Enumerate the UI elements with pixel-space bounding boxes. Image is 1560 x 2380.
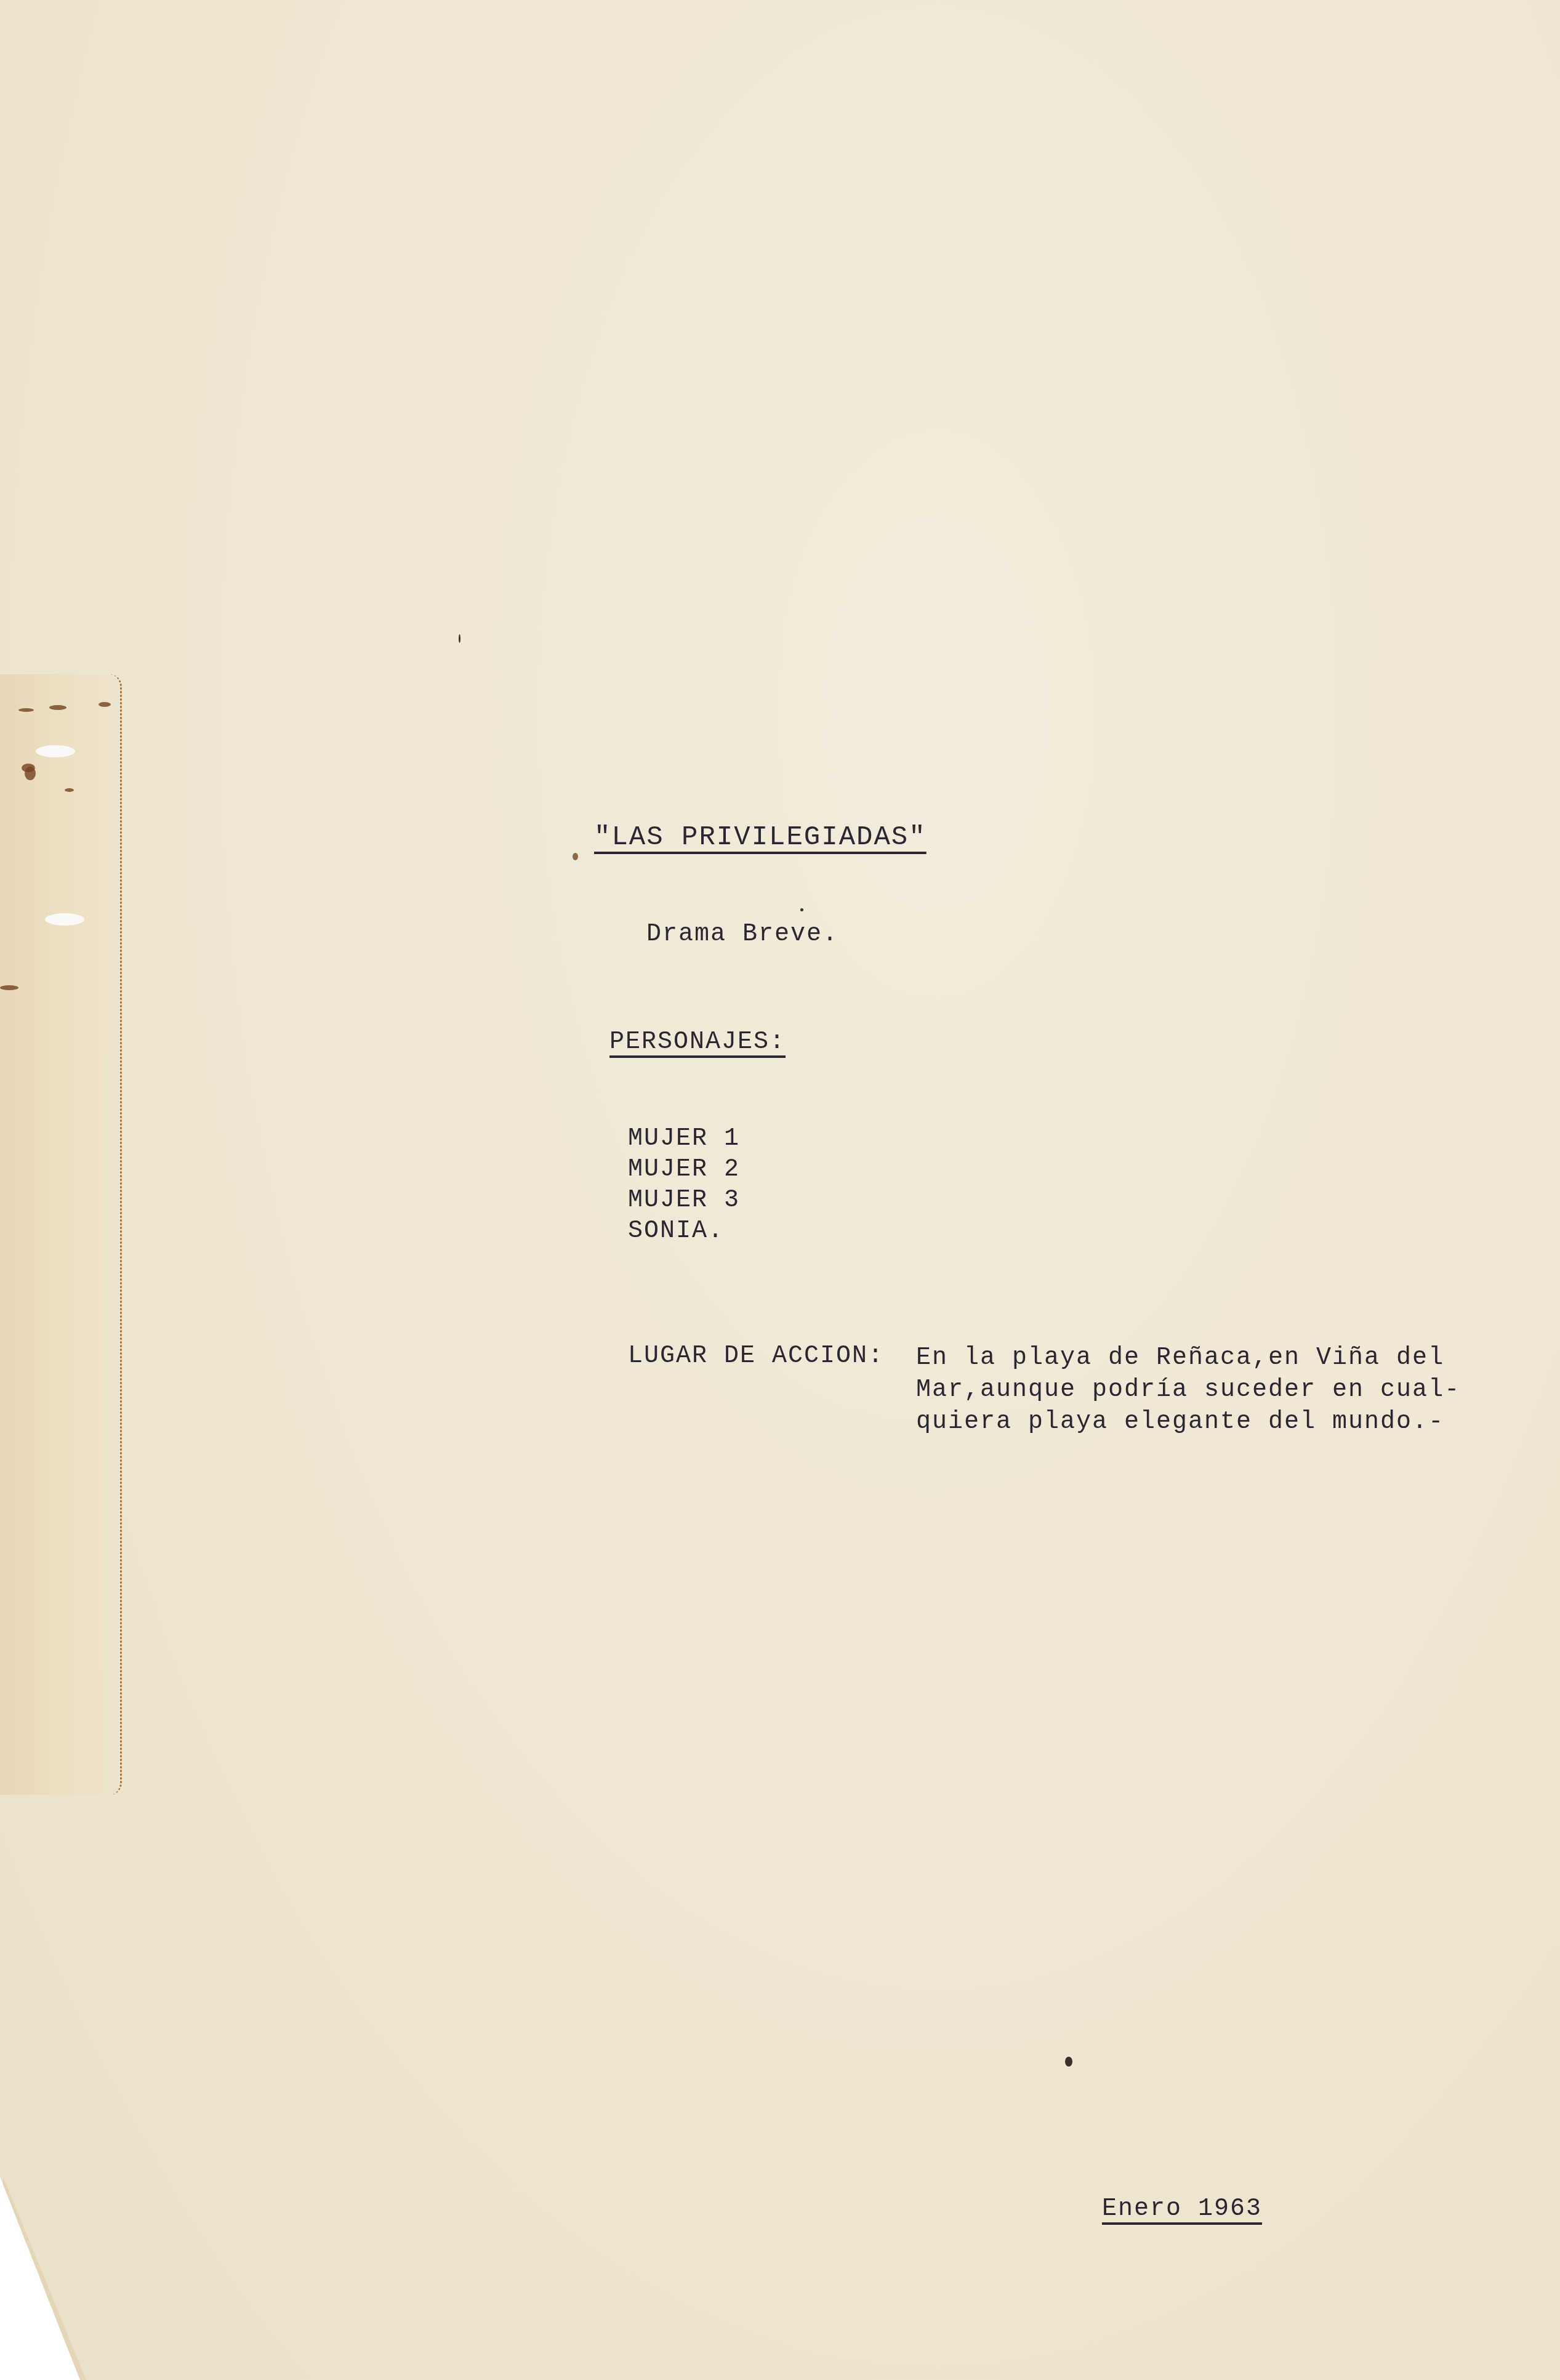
document-date: Enero 1963 xyxy=(1102,2195,1262,2223)
rust-stain xyxy=(65,788,74,792)
rust-stain xyxy=(18,708,34,712)
play-title: "LAS PRIVILEGIADAS" xyxy=(594,822,927,853)
aged-binding-strip xyxy=(0,674,122,1795)
punch-hole xyxy=(45,913,84,926)
character-item: MUJER 1 xyxy=(628,1124,740,1155)
ink-speck xyxy=(459,634,460,643)
location-label: LUGAR DE ACCION: xyxy=(628,1342,884,1370)
location-line: quiera playa elegante del mundo.- xyxy=(916,1406,1460,1438)
rust-stain xyxy=(25,767,36,780)
character-item: SONIA. xyxy=(628,1216,740,1247)
ink-speck xyxy=(800,908,803,911)
rust-stain xyxy=(99,702,111,707)
location-line: Mar,aunque podría suceder en cual- xyxy=(916,1374,1460,1406)
character-item: MUJER 3 xyxy=(628,1185,740,1216)
characters-heading: PERSONAJES: xyxy=(609,1028,786,1056)
characters-list: MUJER 1 MUJER 2 MUJER 3 SONIA. xyxy=(628,1124,740,1247)
rust-stain xyxy=(0,985,18,990)
location-line: En la playa de Reñaca,en Viña del xyxy=(916,1342,1460,1374)
folded-corner xyxy=(0,2177,80,2380)
typed-page: "LAS PRIVILEGIADAS" Drama Breve. PERSONA… xyxy=(0,0,1560,2380)
location-description: En la playa de Reñaca,en Viña del Mar,au… xyxy=(916,1342,1460,1438)
punch-hole xyxy=(36,745,75,757)
character-item: MUJER 2 xyxy=(628,1155,740,1185)
rust-stain xyxy=(49,705,66,710)
ink-speck xyxy=(1065,2057,1072,2067)
ink-speck xyxy=(573,853,578,860)
play-subtitle: Drama Breve. xyxy=(646,921,838,948)
